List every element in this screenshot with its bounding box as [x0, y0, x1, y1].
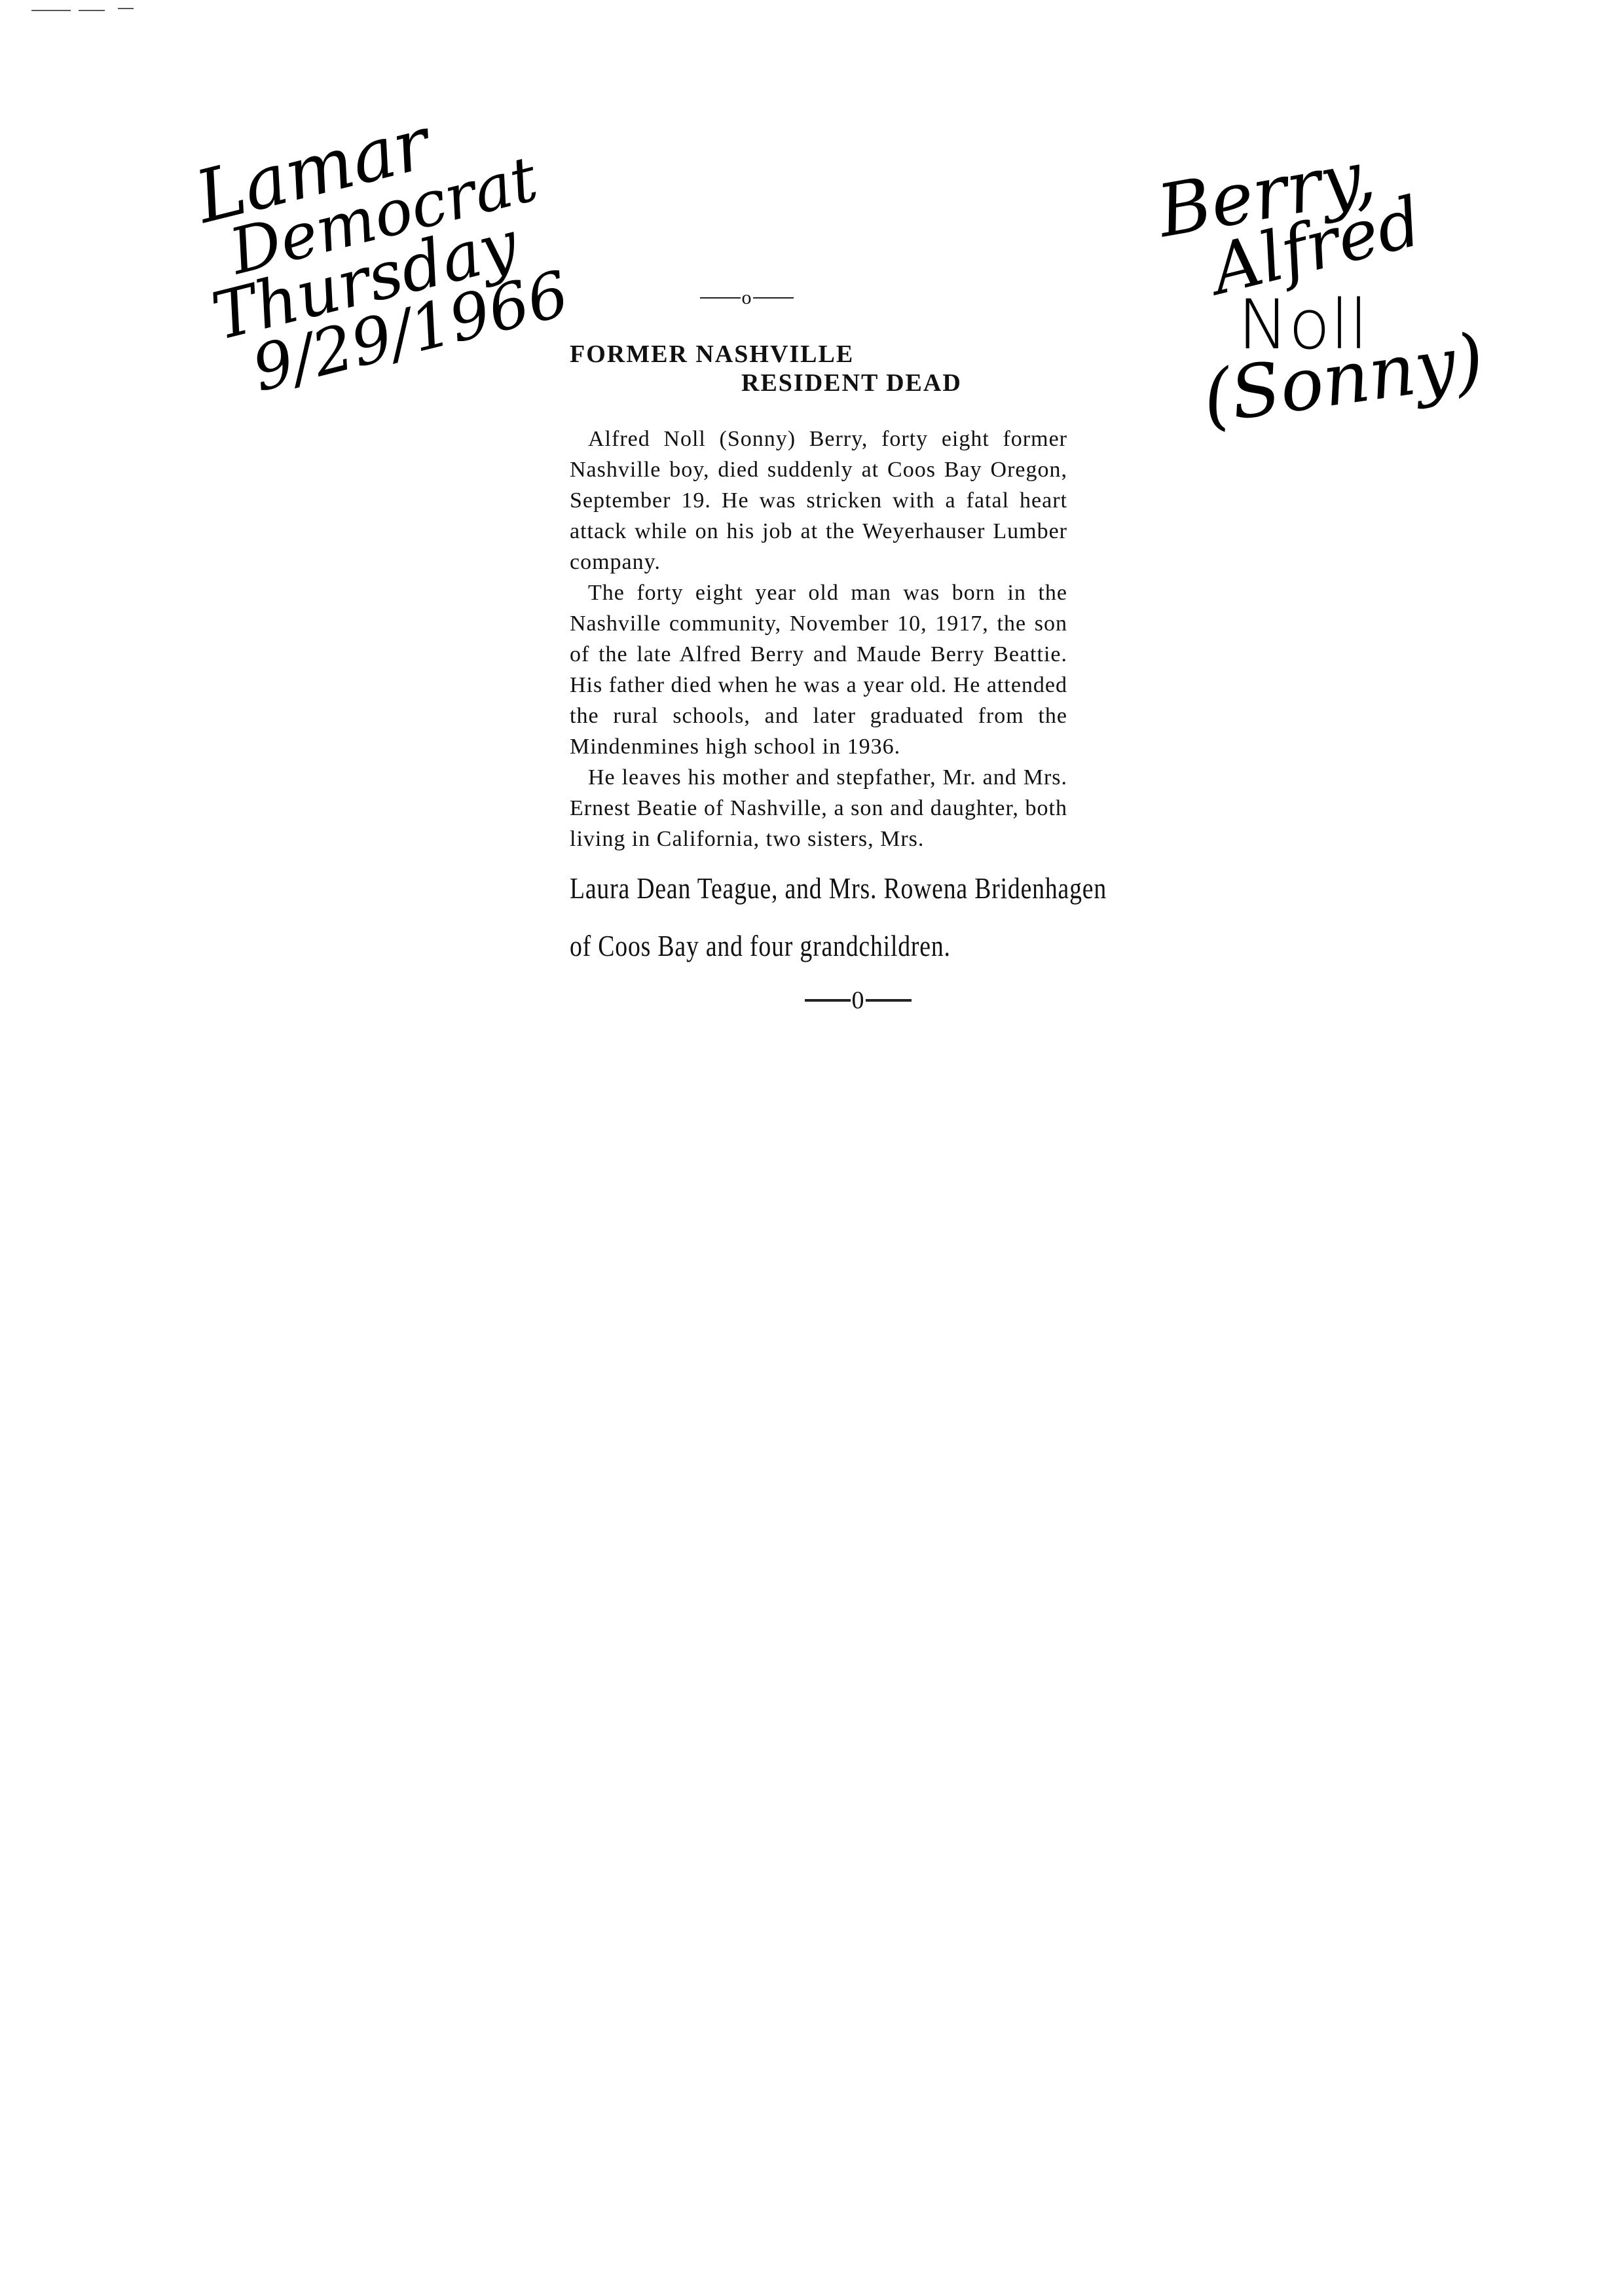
divider-line [805, 999, 851, 1002]
divider-ornament: o [742, 288, 752, 308]
obituary-paragraph: He leaves his mother and stepfather, Mr.… [570, 762, 1067, 854]
divider-line [866, 999, 912, 1002]
handwritten-source-note: Lamar Democrat Thursday 9/29/1966 [164, 94, 529, 412]
scan-noise-mark [31, 10, 71, 11]
newspaper-clipping: o FORMER NASHVILLE RESIDENT DEAD Alfred … [570, 288, 1080, 1013]
obituary-headline: FORMER NASHVILLE RESIDENT DEAD [570, 340, 1080, 397]
scan-noise-mark [79, 10, 105, 11]
headline-line2: RESIDENT DEAD [741, 369, 1080, 398]
divider-ornament: 0 [852, 988, 864, 1013]
obituary-body: Alfred Noll (Sonny) Berry, forty eight f… [570, 424, 1067, 975]
scan-noise-mark [118, 8, 134, 9]
obituary-closing-paragraph: Laura Dean Teague, and Mrs. Rowena Bride… [570, 860, 1107, 975]
bottom-ornament-divider: 0 [701, 988, 1015, 1013]
divider-line [700, 297, 741, 299]
divider-line [753, 297, 794, 299]
headline-line1: FORMER NASHVILLE [570, 340, 1080, 369]
obituary-paragraph: Alfred Noll (Sonny) Berry, forty eight f… [570, 424, 1067, 577]
obituary-paragraph: The forty eight year old man was born in… [570, 577, 1067, 762]
handwritten-name-note: Berry, Alfred Noll (Sonny) [1153, 177, 1532, 504]
top-ornament-divider: o [609, 288, 884, 308]
